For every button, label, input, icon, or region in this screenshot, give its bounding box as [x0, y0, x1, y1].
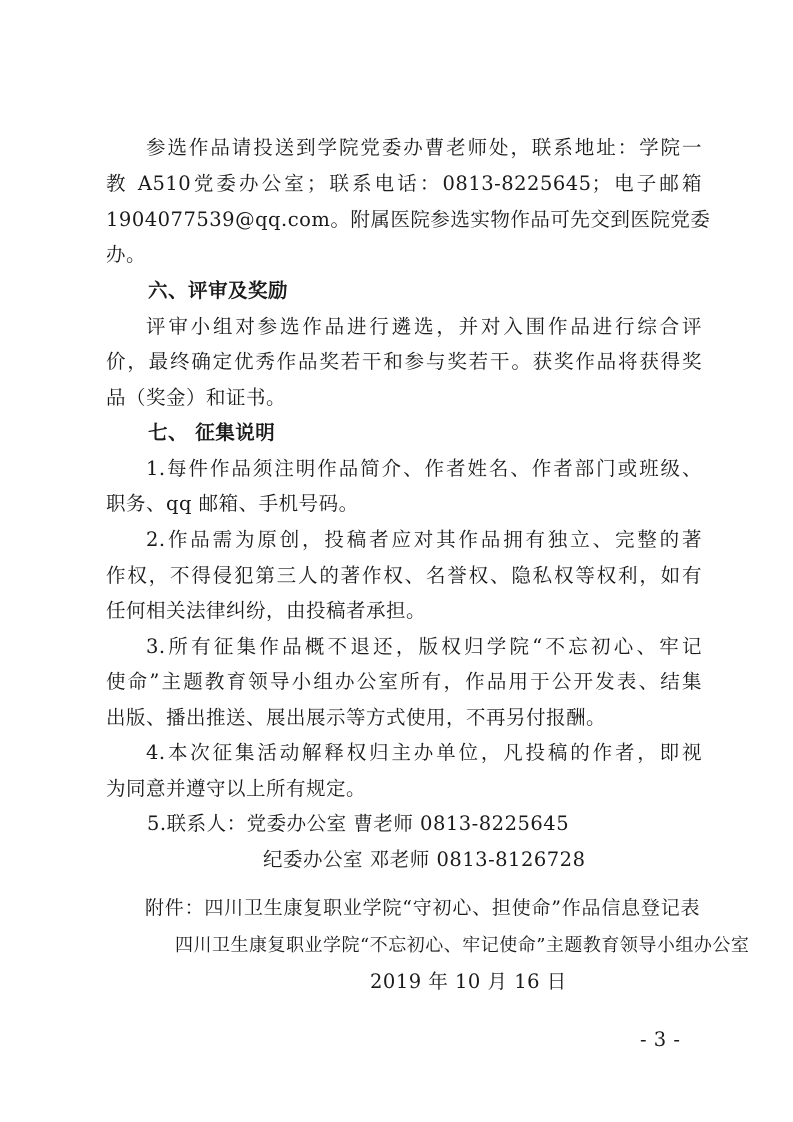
- intro-line-4: 办。: [106, 243, 702, 267]
- contact-office: 党委办公室: [247, 812, 347, 835]
- contact-label: 5.联系人：: [147, 812, 247, 835]
- section6-heading: 六、评审及奖励: [148, 279, 288, 303]
- intro-line-1: 参选作品请投送到学院党委办曹老师处，联系地址：学院一: [146, 136, 702, 160]
- section6-line-3: 品（奖金）和证书。: [106, 386, 702, 410]
- section6-line-1: 评审小组对参选作品进行遴选，并对入围作品进行综合评: [146, 315, 702, 339]
- intro-line-3: 1904077539@qq.com。附属医院参选实物作品可先交到医院党委: [106, 208, 702, 232]
- contact-phone: 0813-8225645: [420, 812, 569, 835]
- item3-line-1: 3.所有征集作品概不退还，版权归学院“不忘初心、牢记: [146, 635, 702, 659]
- signature-date: 2019 年 10 月 16 日: [370, 970, 567, 994]
- item2-line-1: 2.作品需为原创，投稿者应对其作品拥有独立、完整的著: [146, 528, 702, 552]
- section7-heading: 七、 征集说明: [148, 421, 275, 445]
- item1-line-1: 1.每件作品须注明作品简介、作者姓名、作者部门或班级、: [146, 457, 702, 481]
- signature-organization: 四川卫生康复职业学院“不忘初心、牢记使命”主题教育领导小组办公室: [175, 934, 700, 958]
- section6-line-2: 价，最终确定优秀作品奖若干和参与奖若干。获奖作品将获得奖: [106, 350, 702, 374]
- contact-name: 邓老师: [370, 848, 430, 871]
- contact-phone: 0813-8126728: [436, 848, 585, 871]
- contact-row-1: 5.联系人：党委办公室 曹老师 0813-8225645: [147, 812, 569, 836]
- item3-line-2: 使命”主题教育领导小组办公室所有，作品用于公开发表、结集: [106, 670, 702, 694]
- item1-line-2: 职务、qq 邮箱、手机号码。: [106, 492, 702, 516]
- intro-line-2: 教 A510党委办公室；联系电话：0813-8225645；电子邮箱: [106, 172, 702, 196]
- contact-row-2: 纪委办公室 邓老师 0813-8126728: [263, 848, 586, 872]
- page-number: - 3 -: [640, 1028, 680, 1052]
- attachment-note: 附件：四川卫生康复职业学院“守初心、担使命”作品信息登记表: [145, 896, 700, 920]
- item4-line-2: 为同意并遵守以上所有规定。: [106, 777, 702, 801]
- item2-line-3: 任何相关法律纠纷，由投稿者承担。: [106, 599, 702, 623]
- item3-line-3: 出版、播出推送、展出展示等方式使用，不再另付报酬。: [106, 706, 702, 730]
- contact-name: 曹老师: [353, 812, 413, 835]
- item2-line-2: 作权，不得侵犯第三人的著作权、名誉权、隐私权等权利，如有: [106, 564, 702, 588]
- item4-line-1: 4.本次征集活动解释权归主办单位，凡投稿的作者，即视: [146, 741, 702, 765]
- contact-office: 纪委办公室: [263, 848, 363, 871]
